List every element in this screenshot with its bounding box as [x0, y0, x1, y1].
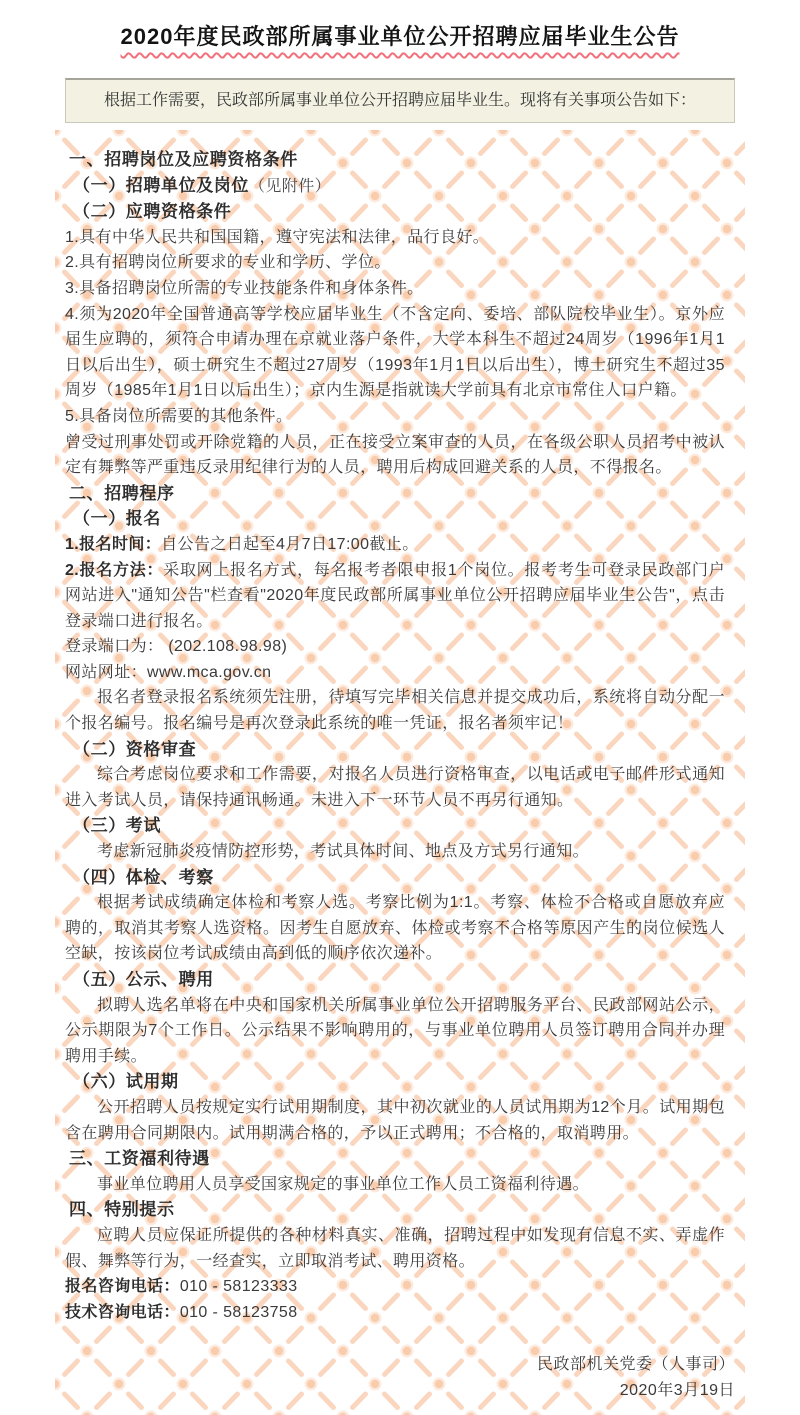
paragraph-text: 综合考虑岗位要求和工作需要，对报名人员进行资格审查，以电话或电子邮件形式通知进入… [65, 766, 725, 809]
paragraph-text: 考虑新冠肺炎疫情防控形势，考试具体时间、地点及方式另行通知。 [97, 843, 589, 860]
subheading-registration: （一）报名 [65, 506, 725, 532]
qualification-review-text: 综合考虑岗位要求和工作需要，对报名人员进行资格审查，以电话或电子邮件形式通知进入… [65, 762, 725, 813]
heading-salary-benefits: 三、工资福利待遇 [65, 1146, 725, 1172]
heading-positions-and-qualifications: 一、招聘岗位及应聘资格条件 [65, 147, 725, 173]
paragraph-text: 010 - 58123333 [180, 1278, 298, 1295]
paragraph-label: 2.报名方法： [65, 562, 163, 579]
announcement-body: 一、招聘岗位及应聘资格条件（一）招聘单位及岗位（见附件）（二）应聘资格条件1.具… [55, 130, 745, 1325]
registration-method: 2.报名方法：采取网上报名方式，每名报考者限申报1个岗位。报考考生可登录民政部门… [65, 558, 725, 635]
paragraph-text: 网站网址：www.mca.gov.cn [65, 664, 271, 681]
probation-text: 公开招聘人员按规定实行试用期制度，其中初次就业的人员试用期为12个月。试用期包含… [65, 1095, 725, 1146]
paragraph-text: 一、招聘岗位及应聘资格条件 [69, 150, 298, 169]
special-notice-text: 应聘人员应保证所提供的各种材料真实、准确，招聘过程中如发现有信息不实、弄虚作假、… [65, 1223, 725, 1274]
intro-text: 根据工作需要，民政部所属事业单位公开招聘应届毕业生。现将有关事项公告如下： [66, 80, 734, 122]
heading-suffix: （见附件） [249, 178, 331, 195]
paragraph-text: 根据考试成绩确定体检和考察人选。考察比例为1:1。考察、体检不合格或自愿放弃应聘… [65, 894, 725, 962]
signature-org: 民政部机关党委（人事司） [55, 1352, 735, 1378]
publicity-employment-text: 拟聘人选名单将在中央和国家机关所属事业单位公开招聘服务平台、民政部网站公示，公示… [65, 993, 725, 1070]
paragraph-text: 自公告之日起至4月7日17:00截止。 [161, 536, 418, 553]
subheading-qualifications: （二）应聘资格条件 [65, 199, 725, 225]
page-title: 2020年度民政部所属事业单位公开招聘应届毕业生公告 [0, 0, 800, 52]
paragraph-text: 4.须为2020年全国普通高等学校应届毕业生（不含定向、委培、部队院校毕业生）。… [65, 306, 725, 400]
exam-text: 考虑新冠肺炎疫情防控形势，考试具体时间、地点及方式另行通知。 [65, 839, 725, 865]
paragraph-text: （四）体检、考察 [73, 868, 214, 887]
salary-benefits-text: 事业单位聘用人员享受国家规定的事业单位工作人员工资福利待遇。 [65, 1172, 725, 1198]
registration-note: 报名者登录报名系统须先注册，待填写完毕相关信息并提交成功后，系统将自动分配一个报… [65, 685, 725, 736]
paragraph-text: 曾受过刑事处罚或开除党籍的人员，正在接受立案审查的人员，在各级公职人员招考中被认… [65, 434, 725, 477]
qualification-item-1: 1.具有中华人民共和国国籍，遵守宪法和法律，品行良好。 [65, 225, 725, 251]
qualification-item-4: 4.须为2020年全国普通高等学校应届毕业生（不含定向、委培、部队院校毕业生）。… [65, 302, 725, 404]
qualification-item-2: 2.具有招聘岗位所要求的专业和学历、学位。 [65, 250, 725, 276]
subheading-probation: （六）试用期 [65, 1069, 725, 1095]
subheading-publicity-employment: （五）公示、聘用 [65, 967, 725, 993]
content-area: 一、招聘岗位及应聘资格条件（一）招聘单位及岗位（见附件）（二）应聘资格条件1.具… [55, 130, 745, 1415]
subheading-exam: （三）考试 [65, 813, 725, 839]
paragraph-text: （二）资格审查 [73, 740, 196, 759]
paragraph-text: 采取网上报名方式，每名报考者限申报1个岗位。报考考生可登录民政部门户网站进入"通… [65, 562, 725, 630]
paragraph-text: 拟聘人选名单将在中央和国家机关所属事业单位公开招聘服务平台、民政部网站公示，公示… [65, 997, 725, 1065]
paragraph-text: （六）试用期 [73, 1072, 179, 1091]
login-portal-line: 登录端口为： (202.108.98.98) [65, 634, 725, 660]
paragraph-text: 应聘人员应保证所提供的各种材料真实、准确，招聘过程中如发现有信息不实、弄虚作假、… [65, 1227, 725, 1270]
physical-exam-text: 根据考试成绩确定体检和考察人选。考察比例为1:1。考察、体检不合格或自愿放弃应聘… [65, 890, 725, 967]
paragraph-text: 二、招聘程序 [69, 484, 175, 503]
paragraph-text: （二）应聘资格条件 [73, 202, 231, 221]
disqualification-note: 曾受过刑事处罚或开除党籍的人员，正在接受立案审查的人员，在各级公职人员招考中被认… [65, 430, 725, 481]
qualification-item-5: 5.具备岗位所需要的其他条件。 [65, 404, 725, 430]
announcement-page: 2020年度民政部所属事业单位公开招聘应届毕业生公告 根据工作需要，民政部所属事… [0, 0, 800, 1415]
website-url-line: 网站网址：www.mca.gov.cn [65, 660, 725, 686]
subheading-physical-exam: （四）体检、考察 [65, 865, 725, 891]
paragraph-text: 三、工资福利待遇 [69, 1149, 210, 1168]
signature-block: 民政部机关党委（人事司） 2020年3月19日 [55, 1352, 745, 1403]
contact-phone-signup: 报名咨询电话：010 - 58123333 [65, 1274, 725, 1300]
paragraph-label: 1.报名时间： [65, 536, 161, 553]
paragraph-text: （一）报名 [73, 509, 161, 528]
paragraph-label: 技术咨询电话： [65, 1304, 180, 1321]
paragraph-text: 010 - 58123758 [180, 1304, 298, 1321]
intro-box: 根据工作需要，民政部所属事业单位公开招聘应届毕业生。现将有关事项公告如下： [65, 78, 735, 123]
heading-recruitment-procedure: 二、招聘程序 [65, 481, 725, 507]
paragraph-text: 3.具备招聘岗位所需的专业技能条件和身体条件。 [65, 280, 424, 297]
subheading-recruiting-units: （一）招聘单位及岗位（见附件） [65, 173, 725, 200]
heading-special-notice: 四、特别提示 [65, 1197, 725, 1223]
subheading-qualification-review: （二）资格审查 [65, 737, 725, 763]
paragraph-text: 5.具备岗位所需要的其他条件。 [65, 408, 292, 425]
page-title-text: 2020年度民政部所属事业单位公开招聘应届毕业生公告 [121, 20, 680, 51]
contact-phone-technical: 技术咨询电话：010 - 58123758 [65, 1300, 725, 1326]
paragraph-text: 四、特别提示 [69, 1200, 175, 1219]
paragraph-text: 2.具有招聘岗位所要求的专业和学历、学位。 [65, 254, 391, 271]
paragraph-text: （五）公示、聘用 [73, 970, 214, 989]
paragraph-text: 事业单位聘用人员享受国家规定的事业单位工作人员工资福利待遇。 [97, 1176, 589, 1193]
paragraph-text: （一）招聘单位及岗位 [73, 176, 249, 195]
paragraph-text: 公开招聘人员按规定实行试用期制度，其中初次就业的人员试用期为12个月。试用期包含… [65, 1099, 725, 1142]
paragraph-text: 报名者登录报名系统须先注册，待填写完毕相关信息并提交成功后，系统将自动分配一个报… [65, 689, 725, 732]
qualification-item-3: 3.具备招聘岗位所需的专业技能条件和身体条件。 [65, 276, 725, 302]
paragraph-label: 报名咨询电话： [65, 1278, 180, 1295]
signature-date: 2020年3月19日 [55, 1378, 735, 1404]
paragraph-text: 1.具有中华人民共和国国籍，遵守宪法和法律，品行良好。 [65, 229, 489, 246]
registration-time: 1.报名时间：自公告之日起至4月7日17:00截止。 [65, 532, 725, 558]
paragraph-text: 登录端口为： (202.108.98.98) [65, 638, 287, 655]
paragraph-text: （三）考试 [73, 816, 161, 835]
